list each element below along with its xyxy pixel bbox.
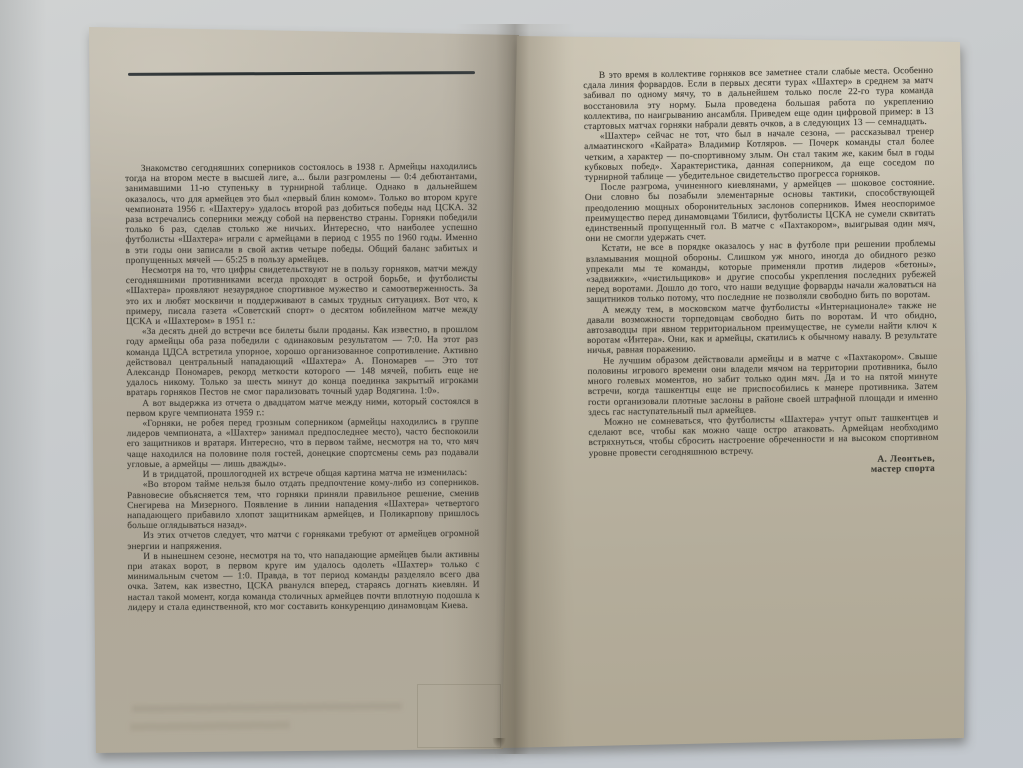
- body-paragraph: «За десять дней до встречи все билеты бы…: [126, 325, 478, 399]
- body-paragraph: И в нынешнем сезоне, несмотря на то, что…: [127, 550, 479, 613]
- body-paragraph: Из этих отчетов следует, что матчи с гор…: [127, 529, 479, 552]
- show-through-smudge: [130, 721, 290, 731]
- body-paragraph: Кстати, не все в порядке оказалось у нас…: [586, 239, 937, 305]
- top-rule: [128, 71, 475, 75]
- body-paragraph: Не лучшим образом действовали армейцы и …: [587, 351, 938, 417]
- body-paragraph: «Шахтер» сейчас не тот, что был в начале…: [584, 127, 935, 183]
- left-page: Знакомство сегодняшних соперников состоя…: [84, 24, 520, 756]
- show-through-smudge: [132, 703, 402, 713]
- body-paragraph: Можно не сомневаться, что футболисты «Ша…: [588, 413, 939, 459]
- body-paragraph: «Во втором тайме нельзя было отдать пред…: [127, 478, 479, 531]
- body-paragraph: А вот выдержка из отчета о двадцатом мат…: [126, 397, 478, 420]
- left-page-paper: Знакомство сегодняшних соперников состоя…: [84, 24, 520, 756]
- body-paragraph: После разгрома, учиненного киевлянами, у…: [585, 178, 936, 244]
- left-page-text: Знакомство сегодняшних соперников состоя…: [125, 162, 480, 613]
- body-paragraph: Несмотря на то, что цифры свидетельствую…: [126, 264, 478, 327]
- body-paragraph: А между тем, в московском матче футболис…: [586, 300, 937, 356]
- body-paragraph: «Горняки, не робея перед грозным соперни…: [127, 417, 479, 470]
- body-paragraph: Знакомство сегодняшних соперников состоя…: [125, 162, 478, 266]
- right-page-paper: В это время в коллективе горняков все за…: [501, 27, 969, 751]
- body-paragraph: В это время в коллективе горняков все за…: [583, 66, 934, 132]
- right-page: В это время в коллективе горняков все за…: [501, 27, 969, 751]
- show-through-box: [417, 684, 501, 748]
- right-page-text: В это время в коллективе горняков все за…: [583, 66, 939, 479]
- photo-background: Знакомство сегодняшних соперников состоя…: [0, 0, 1023, 768]
